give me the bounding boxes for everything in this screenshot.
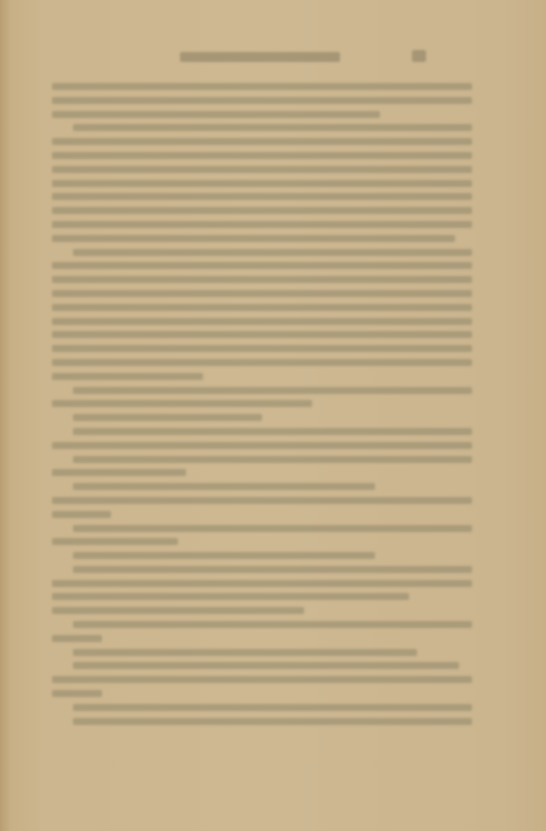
text-line-ink [73,649,417,656]
text-line-ink [52,166,472,173]
text-line [52,701,472,715]
text-line-ink [73,249,472,256]
text-line [52,315,472,329]
text-line-ink [52,207,472,214]
text-line-ink [52,276,472,283]
text-line-ink [52,635,102,642]
text-line [52,646,472,660]
text-line [52,163,472,177]
text-line-ink [52,331,472,338]
text-line [52,80,472,94]
text-line-ink [52,469,186,476]
text-line [52,632,472,646]
text-line [52,577,472,591]
text-line-ink [52,359,472,366]
text-line-ink [52,152,472,159]
text-line [52,563,472,577]
text-line-ink [52,235,455,242]
text-line-ink [52,690,102,697]
text-line [52,659,472,673]
text-line [52,273,472,287]
page-number-text: [illegible page number] [412,50,413,51]
text-line-ink [73,621,472,628]
text-line-ink [73,525,472,532]
text-line [52,135,472,149]
text-line-ink [52,97,472,104]
text-line [52,218,472,232]
body-text [52,80,472,728]
text-line [52,604,472,618]
text-line-ink [73,718,472,725]
text-line [52,384,472,398]
text-line [52,370,472,384]
text-line [52,687,472,701]
text-line-ink [52,262,472,269]
text-line [52,397,472,411]
text-line-ink [73,456,472,463]
text-line-ink [73,414,262,421]
text-line [52,108,472,122]
text-line [52,232,472,246]
text-line [52,618,472,632]
text-line-ink [52,400,312,407]
text-line-ink [52,607,304,614]
book-page: [illegible running head] [illegible page… [0,0,546,831]
text-line-ink [52,345,472,352]
text-line-ink [73,428,472,435]
text-line-ink [52,442,472,449]
text-line-ink [52,83,472,90]
text-line [52,177,472,191]
text-line [52,301,472,315]
text-line-ink [73,552,375,559]
running-head-text: [illegible running head] [180,52,181,53]
text-line [52,439,472,453]
text-line [52,411,472,425]
text-line [52,535,472,549]
text-line [52,549,472,563]
text-line-ink [73,387,472,394]
page-number: [illegible page number] [412,50,426,62]
text-line-ink [52,304,472,311]
text-line-ink [52,511,111,518]
text-line [52,149,472,163]
page-gutter-shadow [0,0,10,831]
text-line [52,453,472,467]
text-line [52,121,472,135]
text-line [52,522,472,536]
text-line [52,425,472,439]
text-line [52,287,472,301]
text-line-ink [73,566,472,573]
text-line-ink [73,704,472,711]
text-line [52,259,472,273]
text-line-ink [52,593,409,600]
text-line-ink [52,111,380,118]
text-line-ink [73,124,472,131]
text-line [52,508,472,522]
text-line [52,342,472,356]
text-line-ink [52,580,472,587]
text-line-ink [73,662,459,669]
text-line-ink [52,318,472,325]
text-line-ink [52,221,472,228]
text-line [52,204,472,218]
running-head: [illegible running head] [180,52,340,62]
text-line-ink [52,180,472,187]
text-line [52,246,472,260]
text-line-ink [52,538,178,545]
text-line-ink [52,193,472,200]
text-line [52,715,472,729]
text-line-ink [52,138,472,145]
text-line [52,190,472,204]
text-line [52,590,472,604]
text-line [52,673,472,687]
text-line-ink [52,290,472,297]
text-line [52,480,472,494]
text-line [52,356,472,370]
text-line-ink [52,676,472,683]
text-line [52,466,472,480]
text-line-ink [52,497,472,504]
text-line-ink [73,483,375,490]
text-line [52,494,472,508]
text-line-ink [52,373,203,380]
text-line [52,328,472,342]
text-line [52,94,472,108]
